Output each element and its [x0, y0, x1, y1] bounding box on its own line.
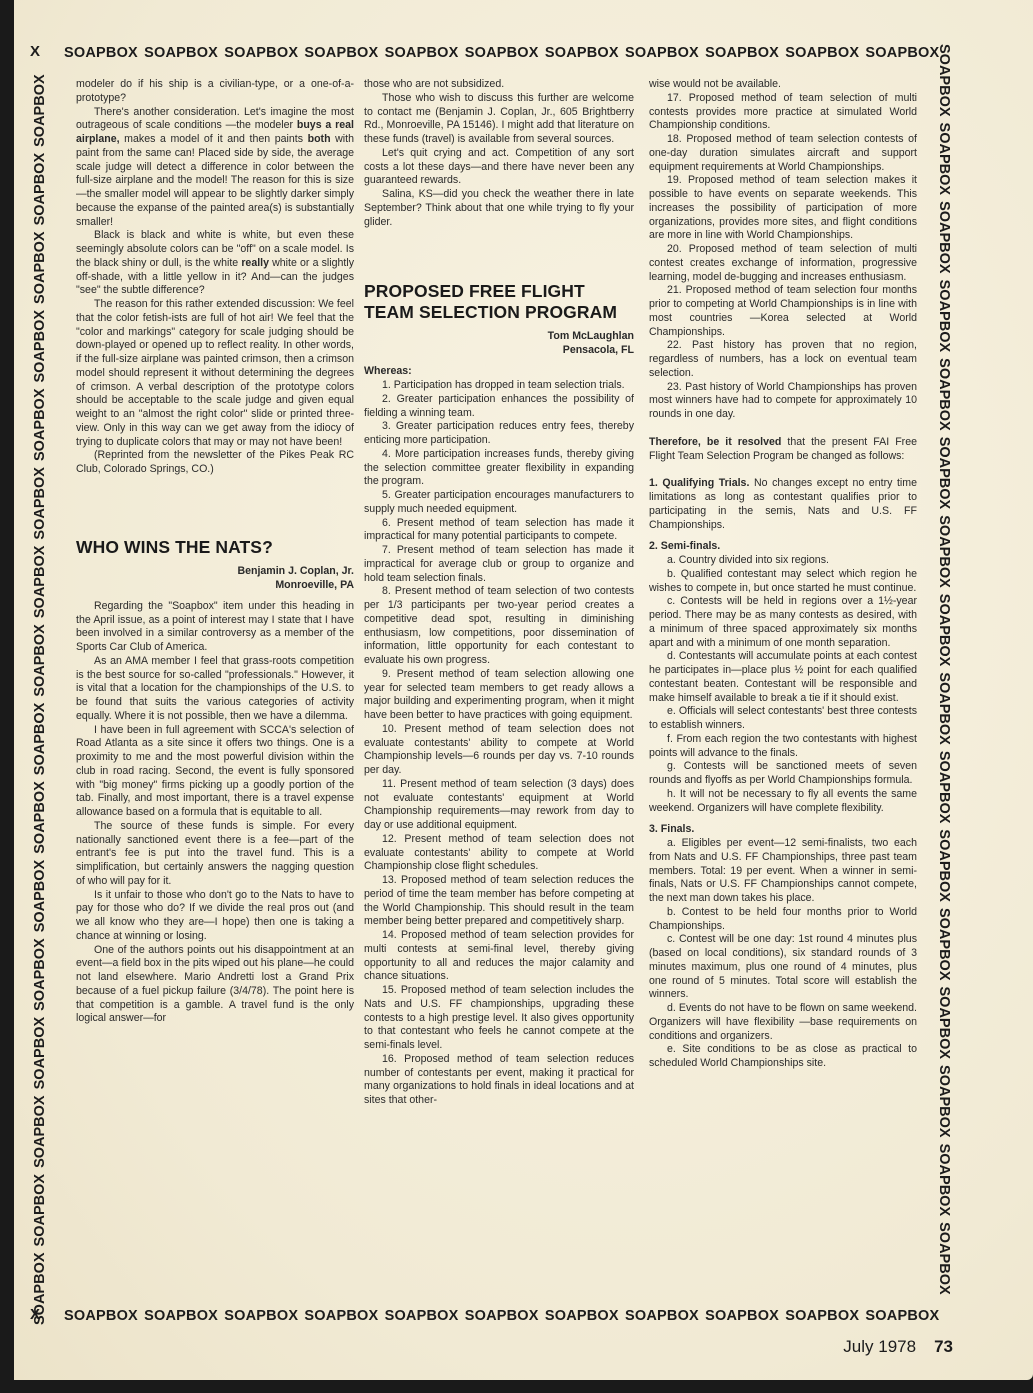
list-item: 3. Greater participation reduces entry f… [364, 420, 634, 448]
paragraph: As an AMA member I feel that grass-roots… [76, 655, 354, 724]
magazine-page: SOAPBOX SOAPBOX SOAPBOX SOAPBOX SOAPBOX … [14, 0, 1033, 1380]
section-qualifying-trials: 1. Qualifying Trials. No changes except … [649, 477, 917, 532]
list-item: 14. Proposed method of team selection pr… [364, 929, 634, 984]
list-item: 12. Present method of team selection doe… [364, 833, 634, 874]
paragraph: Black is black and white is white, but e… [76, 229, 354, 298]
list-item: b. Qualified contestant may select which… [649, 568, 917, 596]
list-item: d. Contestants will accumulate points at… [649, 650, 917, 705]
list-item: f. From each region the two contestants … [649, 733, 917, 761]
article-author: Benjamin J. Coplan, Jr. [76, 564, 354, 578]
whereas-label: Whereas: [364, 365, 634, 379]
list-item: 18. Proposed method of team selection co… [649, 133, 917, 174]
article-author: Tom McLaughlan [364, 329, 634, 343]
paragraph: those who are not subsidized. [364, 78, 634, 92]
paragraph: The source of these funds is simple. For… [76, 820, 354, 889]
soapbox-frame-right: SOAPBOX SOAPBOX SOAPBOX SOAPBOX SOAPBOX … [936, 44, 952, 1334]
list-item: 22. Past history has proven that no regi… [649, 339, 917, 380]
article-title-free-flight-team-selection: PROPOSED FREE FLIGHT TEAM SELECTION PROG… [364, 281, 634, 323]
list-item: d. Events do not have to be flown on sam… [649, 1002, 917, 1043]
list-item: 11. Present method of team selection (3 … [364, 778, 634, 833]
paragraph: Salina, KS—did you check the weather the… [364, 188, 634, 229]
paragraph: modeler do if his ship is a civilian-typ… [76, 78, 354, 106]
article-title-who-wins-the-nats: WHO WINS THE NATS? [76, 537, 354, 558]
list-item: a. Eligibles per event—12 semi-finalists… [649, 837, 917, 906]
list-item: 23. Past history of World Championships … [649, 381, 917, 422]
list-item: 2. Greater participation enhances the po… [364, 393, 634, 421]
soapbox-frame-top: SOAPBOX SOAPBOX SOAPBOX SOAPBOX SOAPBOX … [64, 45, 939, 61]
column-3: wise would not be available. 17. Propose… [649, 78, 917, 1071]
paragraph: Let's quit crying and act. Competition o… [364, 147, 634, 188]
list-item: 19. Proposed method of team selection ma… [649, 174, 917, 243]
resolution-statement: Therefore, be it resolved that the prese… [649, 436, 917, 464]
list-item: 9. Present method of team selection allo… [364, 668, 634, 723]
list-item: 8. Present method of team selection of t… [364, 585, 634, 668]
paragraph: There's another consideration. Let's ima… [76, 106, 354, 230]
paragraph: Is it unfair to those who don't go to th… [76, 889, 354, 944]
list-item: e. Officials will select contestants' be… [649, 705, 917, 733]
list-item: 10. Present method of team selection doe… [364, 723, 634, 778]
list-item: c. Contest will be one day: 1st round 4 … [649, 933, 917, 1002]
paragraph: The reason for this rather extended disc… [76, 298, 354, 449]
list-item: 16. Proposed method of team selection re… [364, 1053, 634, 1108]
list-item: 1. Participation has dropped in team sel… [364, 379, 634, 393]
page-number: 73 [934, 1337, 953, 1356]
list-item: g. Contests will be sanctioned meets of … [649, 760, 917, 788]
section-finals-label: 3. Finals. [649, 823, 917, 837]
column-2: those who are not subsidized. Those who … [364, 78, 634, 1108]
paragraph: I have been in full agreement with SCCA'… [76, 724, 354, 820]
corner-x-mark-bottom-left: X [30, 1306, 40, 1323]
list-item: c. Contests will be held in regions over… [649, 595, 917, 650]
paragraph: wise would not be available. [649, 78, 917, 92]
article-location: Pensacola, FL [364, 343, 634, 357]
list-item: 15. Proposed method of team selection in… [364, 984, 634, 1053]
list-item: 20. Proposed method of team selection of… [649, 243, 917, 284]
list-item: 4. More participation increases funds, t… [364, 448, 634, 489]
article-location: Monroeville, PA [76, 578, 354, 592]
list-item: 7. Present method of team selection has … [364, 544, 634, 585]
list-item: 21. Proposed method of team selection fo… [649, 284, 917, 339]
soapbox-frame-left: SOAPBOX SOAPBOX SOAPBOX SOAPBOX SOAPBOX … [32, 35, 48, 1325]
section-semi-finals-label: 2. Semi-finals. [649, 540, 917, 554]
page-footer: July 197873 [843, 1337, 953, 1357]
list-item: 17. Proposed method of team selection of… [649, 92, 917, 133]
list-item: e. Site conditions to be as close as pra… [649, 1043, 917, 1071]
issue-date: July 1978 [843, 1337, 916, 1356]
paragraph: One of the authors points out his disapp… [76, 944, 354, 1027]
list-item: b. Contest to be held four months prior … [649, 906, 917, 934]
list-item: 13. Proposed method of team selection re… [364, 874, 634, 929]
column-1: modeler do if his ship is a civilian-typ… [76, 78, 354, 1026]
soapbox-frame-bottom: SOAPBOX SOAPBOX SOAPBOX SOAPBOX SOAPBOX … [64, 1308, 939, 1324]
list-item: a. Country divided into six regions. [649, 554, 917, 568]
corner-x-mark-top-left: X [30, 43, 40, 60]
list-item: h. It will not be necessary to fly all e… [649, 788, 917, 816]
reprint-note: (Reprinted from the newsletter of the Pi… [76, 449, 354, 477]
list-item: 5. Greater participation encourages manu… [364, 489, 634, 517]
paragraph: Regarding the "Soapbox" item under this … [76, 600, 354, 655]
paragraph: Those who wish to discuss this further a… [364, 92, 634, 147]
list-item: 6. Present method of team selection has … [364, 517, 634, 545]
